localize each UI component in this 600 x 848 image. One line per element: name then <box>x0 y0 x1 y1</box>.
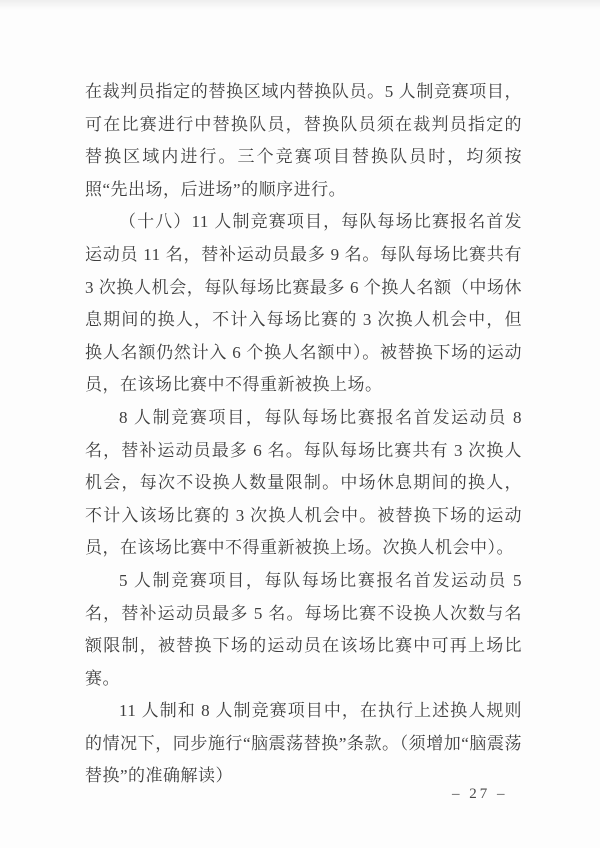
paragraph-item-18-eleven-a-side: （十八）11 人制竞赛项目，每队每场比赛报名首发运动员 11 名，替补运动员最多… <box>85 206 522 402</box>
document-body: 在裁判员指定的替换区域内替换队员。5 人制竞赛项目，可在比赛进行中替换队员，替换… <box>85 76 522 793</box>
paragraph-five-a-side: 5 人制竞赛项目，每队每场比赛报名首发运动员 5 名，替补运动员最多 5 名。每… <box>85 565 522 695</box>
paragraph-concussion-substitution: 11 人制和 8 人制竞赛项目中，在执行上述换人规则的情况下，同步施行“脑震荡替… <box>85 695 522 793</box>
paragraph-substitution-general: 在裁判员指定的替换区域内替换队员。5 人制竞赛项目，可在比赛进行中替换队员，替换… <box>85 76 522 206</box>
scanned-document-page: 在裁判员指定的替换区域内替换队员。5 人制竞赛项目，可在比赛进行中替换队员，替换… <box>0 0 600 848</box>
paragraph-eight-a-side: 8 人制竞赛项目，每队每场比赛报名首发运动员 8 名，替补运动员最多 6 名。每… <box>85 402 522 565</box>
page-number: – 27 – <box>452 786 508 803</box>
